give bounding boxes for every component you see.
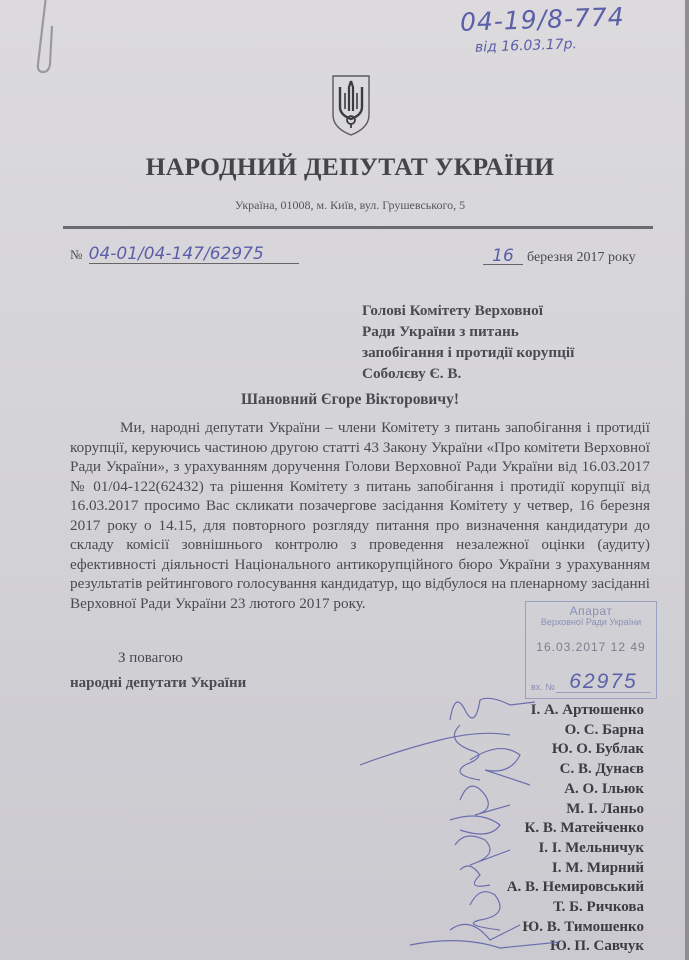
signatory-name: К. В. Матейченко: [507, 819, 644, 839]
signatory-name: М. І. Ланьо: [507, 800, 644, 820]
stamp-datetime: 16.03.2017 12 49: [526, 640, 656, 654]
salutation: Шановний Єгоре Вікторовичу!: [0, 391, 685, 409]
signatory-name: С. В. Дунаєв: [507, 760, 644, 780]
signatory-name: І. І. Мельничук: [507, 839, 644, 859]
handwritten-registration-date: від 16.03.17р.: [475, 36, 577, 56]
addressee-line: Соболєву Є. В.: [362, 363, 574, 384]
stamp-line2: Верховної Ради України: [526, 617, 656, 627]
handwritten-registration-number: 04-19/8-774: [460, 2, 626, 37]
paperclip-icon: [30, 0, 60, 78]
stamp-line1: Апарат: [526, 604, 656, 618]
number-label: №: [70, 247, 82, 263]
closing-regards: З повагою: [118, 650, 183, 667]
trident-emblem-icon: [330, 73, 372, 137]
signatory-name: А. В. Немировський: [507, 878, 644, 898]
date-day: 16: [483, 248, 523, 265]
date-month-year: березня 2017 року: [527, 250, 636, 265]
outgoing-date: 16березня 2017 року: [483, 248, 636, 266]
signatories-list: І. А. Артюшенко О. С. Барна Ю. О. Бублак…: [507, 701, 644, 957]
page-edge: [685, 0, 689, 960]
signatories-label: народні депутати України: [70, 675, 246, 692]
signatory-name: Ю. П. Савчук: [507, 937, 644, 957]
signatory-name: Т. Б. Ричкова: [507, 898, 644, 918]
letterhead-address: Україна, 01008, м. Київ, вул. Грушевсько…: [0, 198, 685, 213]
signatory-name: О. С. Барна: [507, 721, 644, 741]
stamp-incoming-label: вх. №: [531, 682, 555, 692]
letter-body: Ми, народні депутати України – члени Ком…: [70, 418, 650, 613]
letterhead-title: НАРОДНИЙ ДЕПУТАТ УКРАЇНИ: [0, 152, 685, 182]
signatory-name: І. М. Мирний: [507, 859, 644, 879]
signatory-name: А. О. Ільюк: [507, 780, 644, 800]
signatory-name: Ю. О. Бублак: [507, 740, 644, 760]
number-value: 04-01/04-147/62975: [89, 245, 299, 264]
addressee-block: Голові Комітету Верховної Ради України з…: [362, 300, 574, 384]
document-page: 04-19/8-774 від 16.03.17р. НАРОДНИЙ ДЕПУ…: [0, 0, 685, 960]
incoming-stamp: Апарат Верховної Ради України 16.03.2017…: [525, 601, 657, 699]
addressee-line: запобігання і протидії корупції: [362, 342, 574, 363]
stamp-incoming-number: 62975: [556, 672, 651, 693]
signatory-name: І. А. Артюшенко: [507, 701, 644, 721]
addressee-line: Ради України з питань: [362, 321, 574, 342]
letterhead-divider: [63, 226, 653, 229]
signatory-name: Ю. В. Тимошенко: [507, 918, 644, 938]
addressee-line: Голові Комітету Верховної: [362, 300, 574, 321]
outgoing-number: № 04-01/04-147/62975: [70, 245, 299, 264]
